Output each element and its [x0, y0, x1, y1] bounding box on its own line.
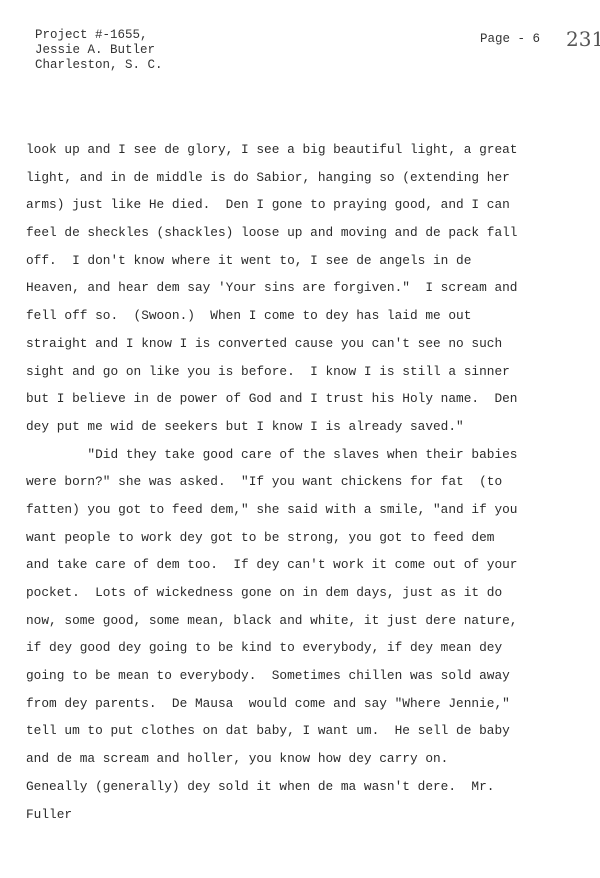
text-line: were born?" she was asked. "If you want … [26, 468, 586, 496]
text-line: tell um to put clothes on dat baby, I wa… [26, 717, 586, 745]
text-line: going to be mean to everybody. Sometimes… [26, 662, 586, 690]
page-number: Page - 6 [480, 32, 540, 46]
text-line: now, some good, some mean, black and whi… [26, 607, 586, 635]
text-line: and de ma scream and holler, you know ho… [26, 745, 586, 773]
text-line: look up and I see de glory, I see a big … [26, 136, 586, 164]
document-header: Project #-1655, Jessie A. Butler Charles… [35, 28, 163, 73]
text-line: from dey parents. De Mausa would come an… [26, 690, 586, 718]
stamped-page-number: 231 [566, 27, 600, 51]
text-line: Geneally (generally) dey sold it when de… [26, 773, 586, 801]
text-line: Heaven, and hear dem say 'Your sins are … [26, 274, 586, 302]
project-number: Project #-1655, [35, 28, 163, 43]
body-text: look up and I see de glory, I see a big … [26, 136, 586, 828]
author-name: Jessie A. Butler [35, 43, 163, 58]
text-line: fatten) you got to feed dem," she said w… [26, 496, 586, 524]
text-line: dey put me wid de seekers but I know I i… [26, 413, 586, 441]
text-line: but I believe in de power of God and I t… [26, 385, 586, 413]
text-line: and take care of dem too. If dey can't w… [26, 551, 586, 579]
text-line: sight and go on like you is before. I kn… [26, 358, 586, 386]
text-line: straight and I know I is converted cause… [26, 330, 586, 358]
text-line: Fuller [26, 801, 586, 829]
location: Charleston, S. C. [35, 58, 163, 73]
text-line: pocket. Lots of wickedness gone on in de… [26, 579, 586, 607]
text-line: feel de sheckles (shackles) loose up and… [26, 219, 586, 247]
document-page: Project #-1655, Jessie A. Butler Charles… [0, 0, 600, 878]
text-line: off. I don't know where it went to, I se… [26, 247, 586, 275]
text-line: if dey good dey going to be kind to ever… [26, 634, 586, 662]
text-line: want people to work dey got to be strong… [26, 524, 586, 552]
text-line: fell off so. (Swoon.) When I come to dey… [26, 302, 586, 330]
text-line: light, and in de middle is do Sabior, ha… [26, 164, 586, 192]
text-line: "Did they take good care of the slaves w… [26, 441, 586, 469]
text-line: arms) just like He died. Den I gone to p… [26, 191, 586, 219]
